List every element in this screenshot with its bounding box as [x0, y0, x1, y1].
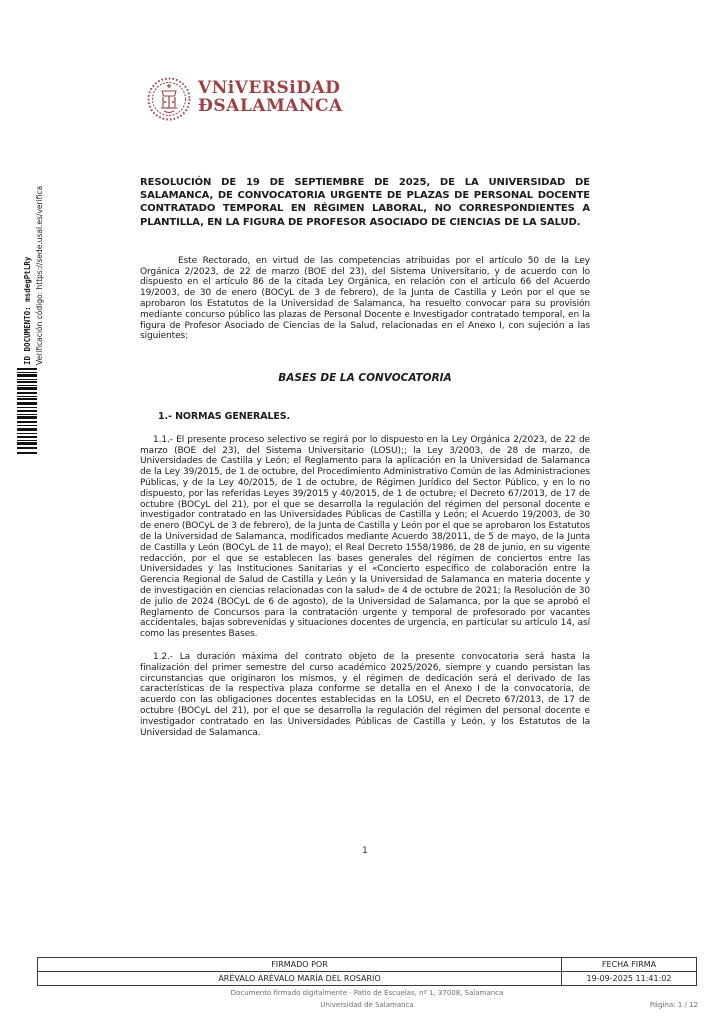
- signature-date-header: FECHA FIRMA: [562, 958, 697, 972]
- verification-url-vertical-text: Verificación código: https://sede.usal.e…: [35, 186, 44, 365]
- subsection-heading-normas: 1.- NORMAS GENERALES.: [140, 412, 590, 423]
- pdf-document-page: ID DOCUMENTO: msdegPtLRy Verificación có…: [0, 0, 724, 1024]
- wordmark-line-1: VNiVERSiDAD: [198, 79, 343, 97]
- university-crest-icon: [147, 76, 191, 122]
- signed-by-header: FIRMADO POR: [38, 958, 562, 972]
- university-logo: VNiVERSiDAD ÐSALAMANCA: [147, 76, 343, 122]
- paragraph-1-2: 1.2.- La duración máxima del contrato ob…: [140, 652, 590, 738]
- footer-digital-signature-note: Documento firmado digitalmente · Patio d…: [37, 989, 697, 997]
- signer-name: ARÉVALO ARÉVALO MARÍA DEL ROSARIO: [38, 972, 562, 986]
- section-heading-bases: BASES DE LA CONVOCATORIA: [140, 373, 590, 384]
- signature-table: FIRMADO POR FECHA FIRMA ARÉVALO ARÉVALO …: [37, 957, 697, 986]
- barcode: [17, 368, 37, 454]
- table-row: ARÉVALO ARÉVALO MARÍA DEL ROSARIO 19-09-…: [38, 972, 697, 986]
- document-id-vertical-text: ID DOCUMENTO: msdegPtLRy: [23, 257, 32, 365]
- resolution-title: RESOLUCIÓN DE 19 DE SEPTIEMBRE DE 2025, …: [140, 176, 590, 229]
- paragraph-1-1: 1.1.- El presente proceso selectivo se r…: [140, 435, 590, 640]
- footer-page-indicator: Página: 1 / 12: [560, 1001, 698, 1009]
- page-number: 1: [140, 846, 590, 856]
- table-row: FIRMADO POR FECHA FIRMA: [38, 958, 697, 972]
- university-wordmark: VNiVERSiDAD ÐSALAMANCA: [198, 79, 343, 115]
- wordmark-line-2: ÐSALAMANCA: [198, 97, 343, 115]
- intro-paragraph: Este Rectorado, en virtud de las compete…: [140, 256, 590, 342]
- signature-timestamp: 19-09-2025 11:41:02: [562, 972, 697, 986]
- document-body: RESOLUCIÓN DE 19 DE SEPTIEMBRE DE 2025, …: [140, 176, 590, 738]
